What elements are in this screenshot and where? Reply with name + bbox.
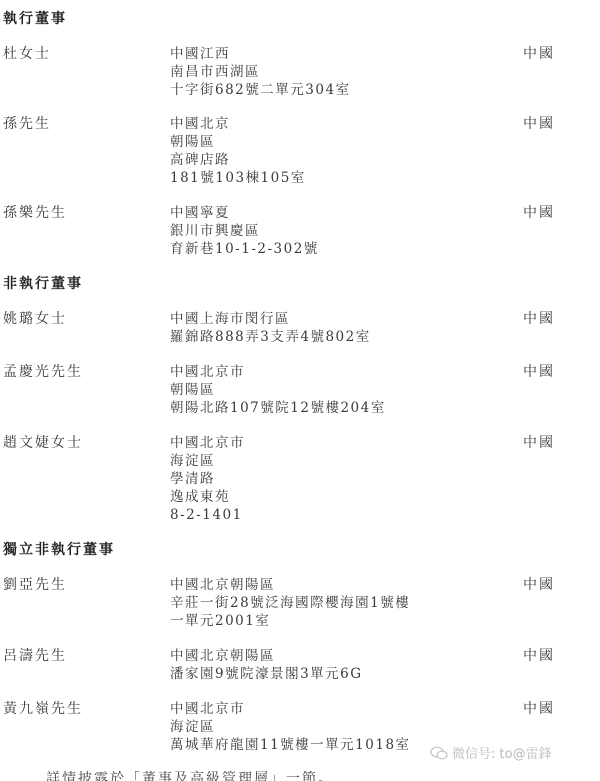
watermark-text: 微信号: to@雷鋒 [452,743,552,762]
director-address: 中國江西 南昌市西湖區 十字街682號二單元304室 [170,45,351,99]
wechat-icon [430,746,448,760]
director-address: 中國上海市閔行區 羅錦路888弄3支弄4號802室 [170,310,371,346]
address-line: 中國北京市 [170,363,386,381]
director-nationality: 中國 [523,363,555,381]
address-line: 羅錦路888弄3支弄4號802室 [170,328,371,346]
address-line: 中國北京 [170,115,306,133]
document-page: 執行董事 杜女士 中國江西 南昌市西湖區 十字街682號二單元304室 中國 孫… [0,0,600,781]
director-name: 孫樂先生 [3,204,67,222]
director-name: 呂濤先生 [3,647,67,665]
director-address: 中國北京朝陽區 潘家園9號院濠景閣3單元6G [170,647,363,683]
director-name: 孟慶光先生 [3,363,83,381]
address-line: 中國北京朝陽區 [170,647,363,665]
section-heading-independent-non-executive-directors: 獨立非執行董事 [3,541,115,559]
address-line: 朝陽北路107號院12號樓204室 [170,399,386,417]
address-line: 高碑店路 [170,151,306,169]
director-nationality: 中國 [523,45,555,63]
address-line: 辛莊一街28號泛海國際櫻海園1號樓 [170,594,410,612]
address-line: 學清路 [170,470,245,488]
director-nationality: 中國 [523,576,555,594]
address-line: 逸成東苑 [170,488,245,506]
address-line: 中國北京市 [170,434,245,452]
wechat-watermark: 微信号: to@雷鋒 [430,743,552,762]
director-name: 孫先生 [3,115,51,133]
footer-note: 詳情披露於「董事及高級管理層」一節。 [46,770,334,781]
director-name: 杜女士 [3,45,51,63]
address-line: 181號103棟105室 [170,169,306,187]
address-line: 海淀區 [170,452,245,470]
director-address: 中國北京市 朝陽區 朝陽北路107號院12號樓204室 [170,363,386,417]
director-address: 中國寧夏 銀川市興慶區 育新巷10-1-2-302號 [170,204,319,258]
director-name: 劉亞先生 [3,576,67,594]
director-address: 中國北京市 海淀區 學清路 逸成東苑 8-2-1401 [170,434,245,524]
address-line: 8-2-1401 [170,506,245,524]
address-line: 一單元2001室 [170,612,410,630]
address-line: 海淀區 [170,718,411,736]
address-line: 育新巷10-1-2-302號 [170,240,319,258]
address-line: 中國江西 [170,45,351,63]
address-line: 中國北京朝陽區 [170,576,410,594]
address-line: 朝陽區 [170,381,386,399]
director-nationality: 中國 [523,434,555,452]
director-nationality: 中國 [523,204,555,222]
address-line: 十字街682號二單元304室 [170,81,351,99]
address-line: 萬城華府龍園11號樓一單元1018室 [170,736,411,754]
address-line: 朝陽區 [170,133,306,151]
address-line: 中國寧夏 [170,204,319,222]
address-line: 潘家園9號院濠景閣3單元6G [170,665,363,683]
director-nationality: 中國 [523,310,555,328]
section-heading-non-executive-directors: 非執行董事 [3,275,83,293]
director-nationality: 中國 [523,700,555,718]
director-nationality: 中國 [523,647,555,665]
address-line: 中國北京市 [170,700,411,718]
director-address: 中國北京市 海淀區 萬城華府龍園11號樓一單元1018室 [170,700,411,754]
director-name: 黃九嶺先生 [3,700,83,718]
address-line: 南昌市西湖區 [170,63,351,81]
address-line: 銀川市興慶區 [170,222,319,240]
address-line: 中國上海市閔行區 [170,310,371,328]
director-address: 中國北京 朝陽區 高碑店路 181號103棟105室 [170,115,306,187]
director-name: 姚璐女士 [3,310,67,328]
director-nationality: 中國 [523,115,555,133]
director-name: 趙文婕女士 [3,434,83,452]
director-address: 中國北京朝陽區 辛莊一街28號泛海國際櫻海園1號樓 一單元2001室 [170,576,410,630]
section-heading-executive-directors: 執行董事 [3,10,67,28]
